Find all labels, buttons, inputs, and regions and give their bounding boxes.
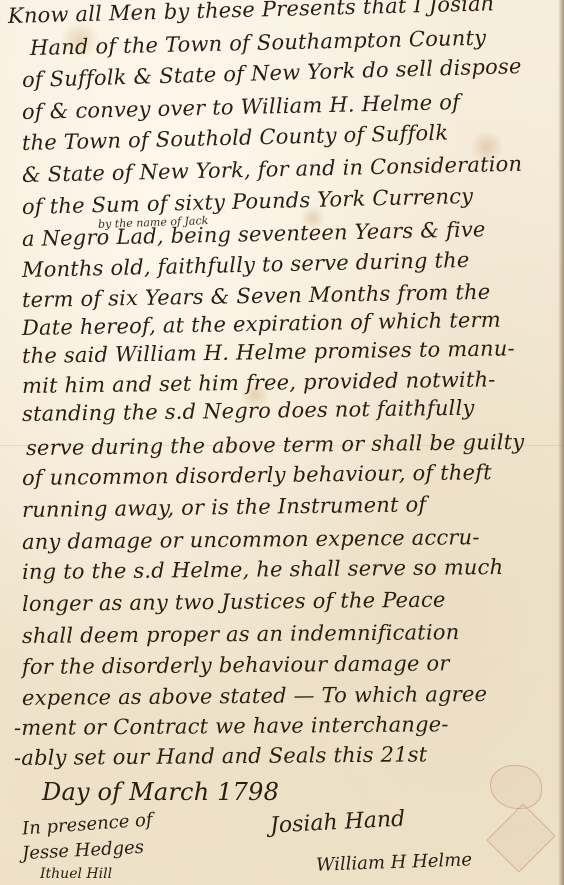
date-line: Day of March 1798	[42, 778, 279, 806]
text-line: of the Sum of sixty Pounds York Currency	[22, 184, 474, 219]
text-line: term of six Years & Seven Months from th…	[22, 280, 491, 312]
signature-william-helme: William H Helme	[316, 849, 473, 875]
signature-josiah-hand: Josiah Hand	[269, 806, 405, 838]
witness-heading: In presence of	[21, 809, 153, 839]
text-line: expence as above stated — To which agree	[22, 682, 487, 710]
text-line: Months old, faithfully to serve during t…	[22, 248, 470, 282]
text-line: the said William H. Helme promises to ma…	[22, 336, 515, 368]
text-line: -ably set our Hand and Seals this 21st	[14, 742, 428, 770]
wax-seal-mark	[490, 765, 542, 809]
text-line: -ment or Contract we have interchange-	[14, 712, 449, 740]
text-line: of Suffolk & State of New York do sell d…	[22, 54, 522, 92]
text-line: standing the s.d Negro does not faithful…	[22, 396, 475, 426]
text-line: the Town of Southold County of Suffolk	[22, 121, 449, 155]
text-line: of uncommon disorderly behaviour, of the…	[22, 460, 492, 490]
text-line: & State of New York, for and in Consider…	[22, 152, 523, 187]
text-line: mit him and set him free, provided notwi…	[22, 367, 496, 398]
text-line: a Negro Lad, being seventeen Years & fiv…	[22, 217, 486, 251]
text-line: Date hereof, at the expiration of which …	[22, 308, 501, 340]
witness-signature: Jesse Hedges	[22, 837, 145, 864]
page-edge-shadow	[558, 0, 564, 885]
text-line: of & convey over to William H. Helme of	[22, 90, 461, 124]
text-line: ing to the s.d Helme, he shall serve so …	[22, 555, 504, 584]
wax-seal-mark	[486, 803, 555, 872]
text-line: shall deem proper as an indemnification	[22, 620, 460, 648]
text-line: Know all Men by these Presents that I Jo…	[8, 0, 495, 28]
text-line: serve during the above term or shall be …	[26, 430, 525, 460]
text-line: longer as any two Justices of the Peace	[22, 588, 446, 616]
text-line: for the disorderly behaviour damage or	[22, 651, 450, 679]
text-line: any damage or uncommon expence accru-	[22, 525, 480, 554]
witness-signature: Ithuel Hill	[40, 866, 112, 882]
text-line: running away, or is the Instrument of	[22, 492, 427, 522]
document-page: Know all Men by these Presents that I Jo…	[0, 0, 564, 885]
